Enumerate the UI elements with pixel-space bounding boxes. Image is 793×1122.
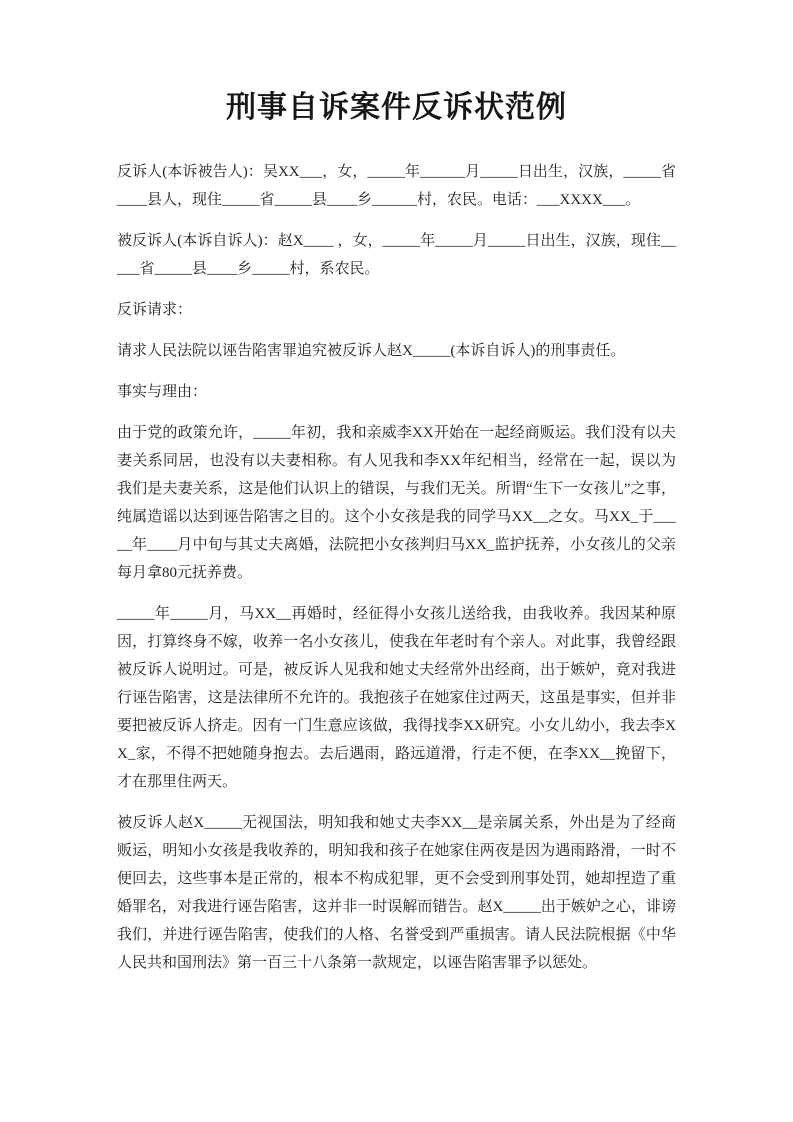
paragraph-counterclaim-defendant-info: 被反诉人(本诉自诉人)：赵X____ ，女，_____年_____月_____日…: [117, 227, 676, 283]
paragraph-facts-2: _____年_____月，马XX__再婚时，经征得小女孩儿送给我，由我收养。我因…: [117, 600, 676, 796]
paragraph-facts-heading: 事实与理由：: [117, 378, 676, 406]
paragraph-claim-heading: 反诉请求：: [117, 296, 676, 324]
document-title: 刑事自诉案件反诉状范例: [117, 88, 676, 128]
document-page: 刑事自诉案件反诉状范例 反诉人(本诉被告人)：吴XX___，女，_____年__…: [0, 0, 793, 1122]
paragraph-counterclaimant-info: 反诉人(本诉被告人)：吴XX___，女，_____年______月_____日出…: [117, 158, 676, 214]
paragraph-facts-3: 被反诉人赵X_____无视国法，明知我和她丈夫李XX__是亲属关系，外出是为了经…: [117, 809, 676, 977]
document-body: 反诉人(本诉被告人)：吴XX___，女，_____年______月_____日出…: [117, 158, 676, 977]
paragraph-claim-request: 请求人民法院以诬告陷害罪追究被反诉人赵X_____(本诉自诉人)的刑事责任。: [117, 337, 676, 365]
paragraph-facts-1: 由于党的政策允许，_____年初，我和亲威李XX开始在一起经商贩运。我们没有以夫…: [117, 419, 676, 587]
